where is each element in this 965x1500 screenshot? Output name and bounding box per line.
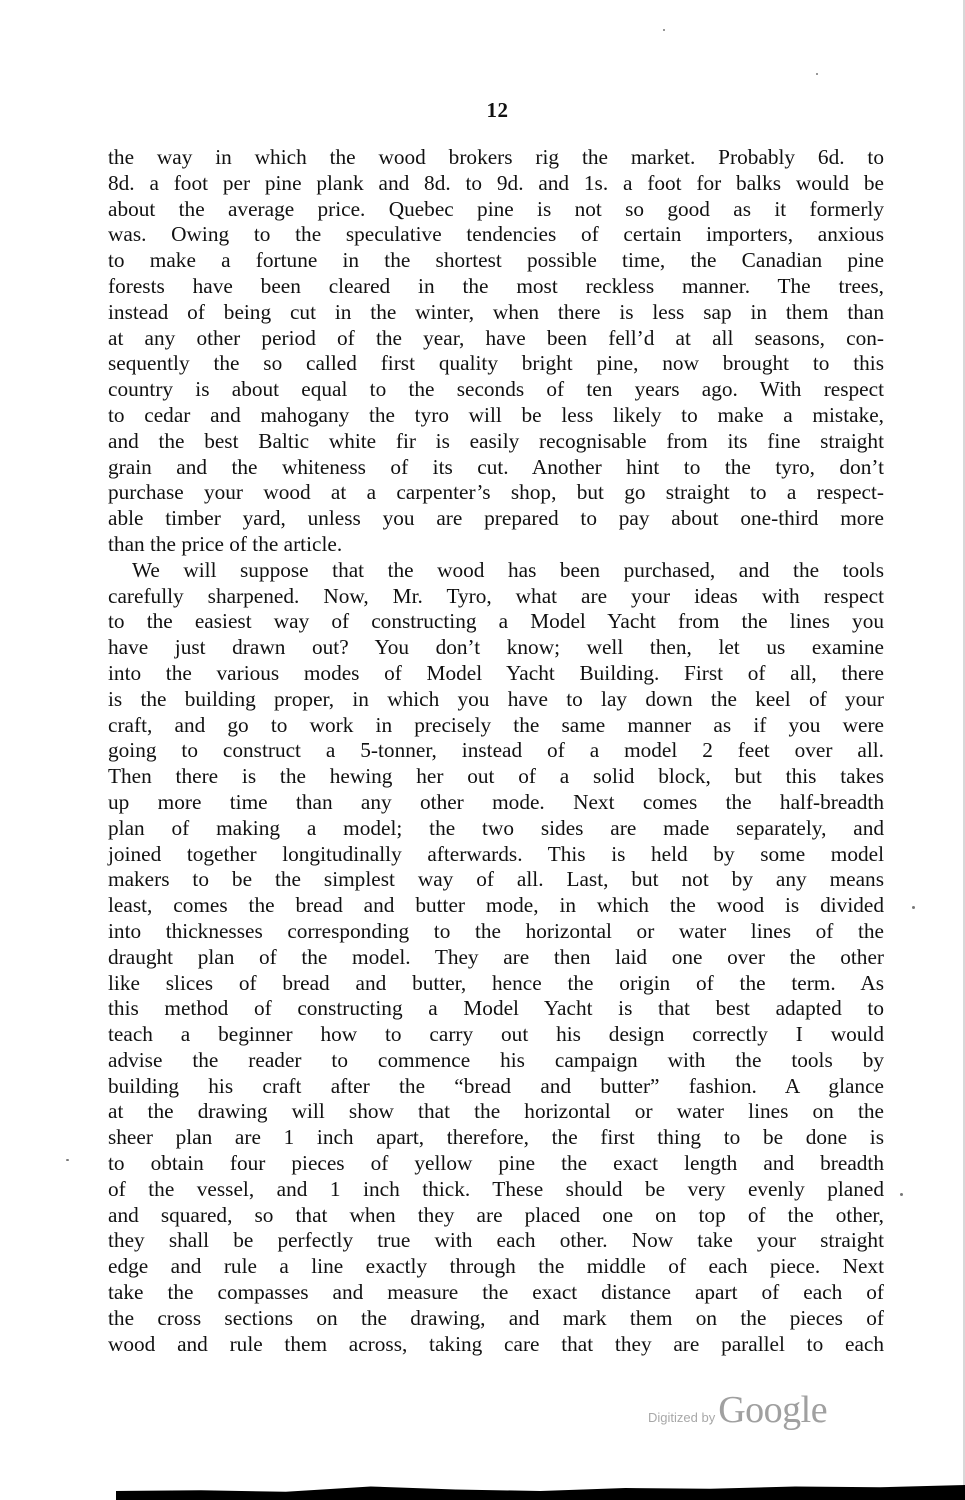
text-line: to make a fortune in the shortest possib… [108, 248, 884, 274]
text-line: edge and rule a line exactly through the… [108, 1254, 884, 1280]
text-line: is the building proper, in which you hav… [108, 687, 884, 713]
text-line: at any other period of the year, have be… [108, 326, 884, 352]
text-line: was. Owing to the speculative tendencies… [108, 222, 884, 248]
text-line: draught plan of the model. They are then… [108, 945, 884, 971]
text-line: to cedar and mahogany the tyro will be l… [108, 403, 884, 429]
text-line: of the vessel, and 1 inch thick. These s… [108, 1177, 884, 1203]
text-line: and squared, so that when they are place… [108, 1203, 884, 1229]
text-line: craft, and go to work in precisely the s… [108, 713, 884, 739]
text-line: teach a beginner how to carry out his de… [108, 1022, 884, 1048]
text-line: going to construct a 5-tonner, instead o… [108, 738, 884, 764]
text-line: Then there is the hewing her out of a so… [108, 764, 884, 790]
text-line: country is about equal to the seconds of… [108, 377, 884, 403]
scan-speck [900, 1193, 903, 1196]
scanned-book-page: 12 the way in which the wood brokers rig… [0, 0, 965, 1500]
text-line: about the average price. Quebec pine is … [108, 197, 884, 223]
text-line: 8d. a foot per pine plank and 8d. to 9d.… [108, 171, 884, 197]
text-line: sequently the so called first quality br… [108, 351, 884, 377]
scan-bottom-border [116, 1485, 965, 1500]
text-line: We will suppose that the wood has been p… [108, 558, 884, 584]
scan-speck [816, 73, 818, 75]
page-number: 12 [0, 98, 965, 123]
text-line: up more time than any other mode. Next c… [108, 790, 884, 816]
text-line: take the compasses and measure the exact… [108, 1280, 884, 1306]
text-line: than the price of the article. [108, 532, 884, 558]
text-line: least, comes the bread and butter mode, … [108, 893, 884, 919]
text-line: plan of making a model; the two sides ar… [108, 816, 884, 842]
text-line: the way in which the wood brokers rig th… [108, 145, 884, 171]
text-line: able timber yard, unless you are prepare… [108, 506, 884, 532]
text-line: grain and the whiteness of its cut. Anot… [108, 455, 884, 481]
watermark-prefix: Digitized by [648, 1410, 715, 1425]
text-line: building his craft after the “bread and … [108, 1074, 884, 1100]
text-line: wood and rule them across, taking care t… [108, 1332, 884, 1358]
text-line: instead of being cut in the winter, when… [108, 300, 884, 326]
text-line: carefully sharpened. Now, Mr. Tyro, what… [108, 584, 884, 610]
text-line: into thicknesses corresponding to the ho… [108, 919, 884, 945]
text-line: have just drawn out? You don’t know; wel… [108, 635, 884, 661]
text-line: to the easiest way of constructing a Mod… [108, 609, 884, 635]
text-line: at the drawing will show that the horizo… [108, 1099, 884, 1125]
text-line: and the best Baltic white fir is easily … [108, 429, 884, 455]
scan-speck [663, 29, 665, 31]
text-line: purchase your wood at a carpenter’s shop… [108, 480, 884, 506]
text-line: the cross sections on the drawing, and m… [108, 1306, 884, 1332]
scan-speck [912, 906, 915, 909]
text-line: advise the reader to commence his campai… [108, 1048, 884, 1074]
text-line: this method of constructing a Model Yach… [108, 996, 884, 1022]
text-line: they shall be perfectly true with each o… [108, 1228, 884, 1254]
text-line: makers to be the simplest way of all. La… [108, 867, 884, 893]
scan-speck [66, 1159, 69, 1161]
digitized-by-google-watermark: Digitized by Google [648, 1388, 827, 1432]
text-line: like slices of bread and butter, hence t… [108, 971, 884, 997]
text-line: forests have been cleared in the most re… [108, 274, 884, 300]
text-line: joined together longitudinally afterward… [108, 842, 884, 868]
text-line: into the various modes of Model Yacht Bu… [108, 661, 884, 687]
text-line: sheer plan are 1 inch apart, therefore, … [108, 1125, 884, 1151]
google-logo-text: Google [718, 1388, 827, 1432]
body-text: the way in which the wood brokers rig th… [108, 145, 884, 1357]
text-line: to obtain four pieces of yellow pine the… [108, 1151, 884, 1177]
